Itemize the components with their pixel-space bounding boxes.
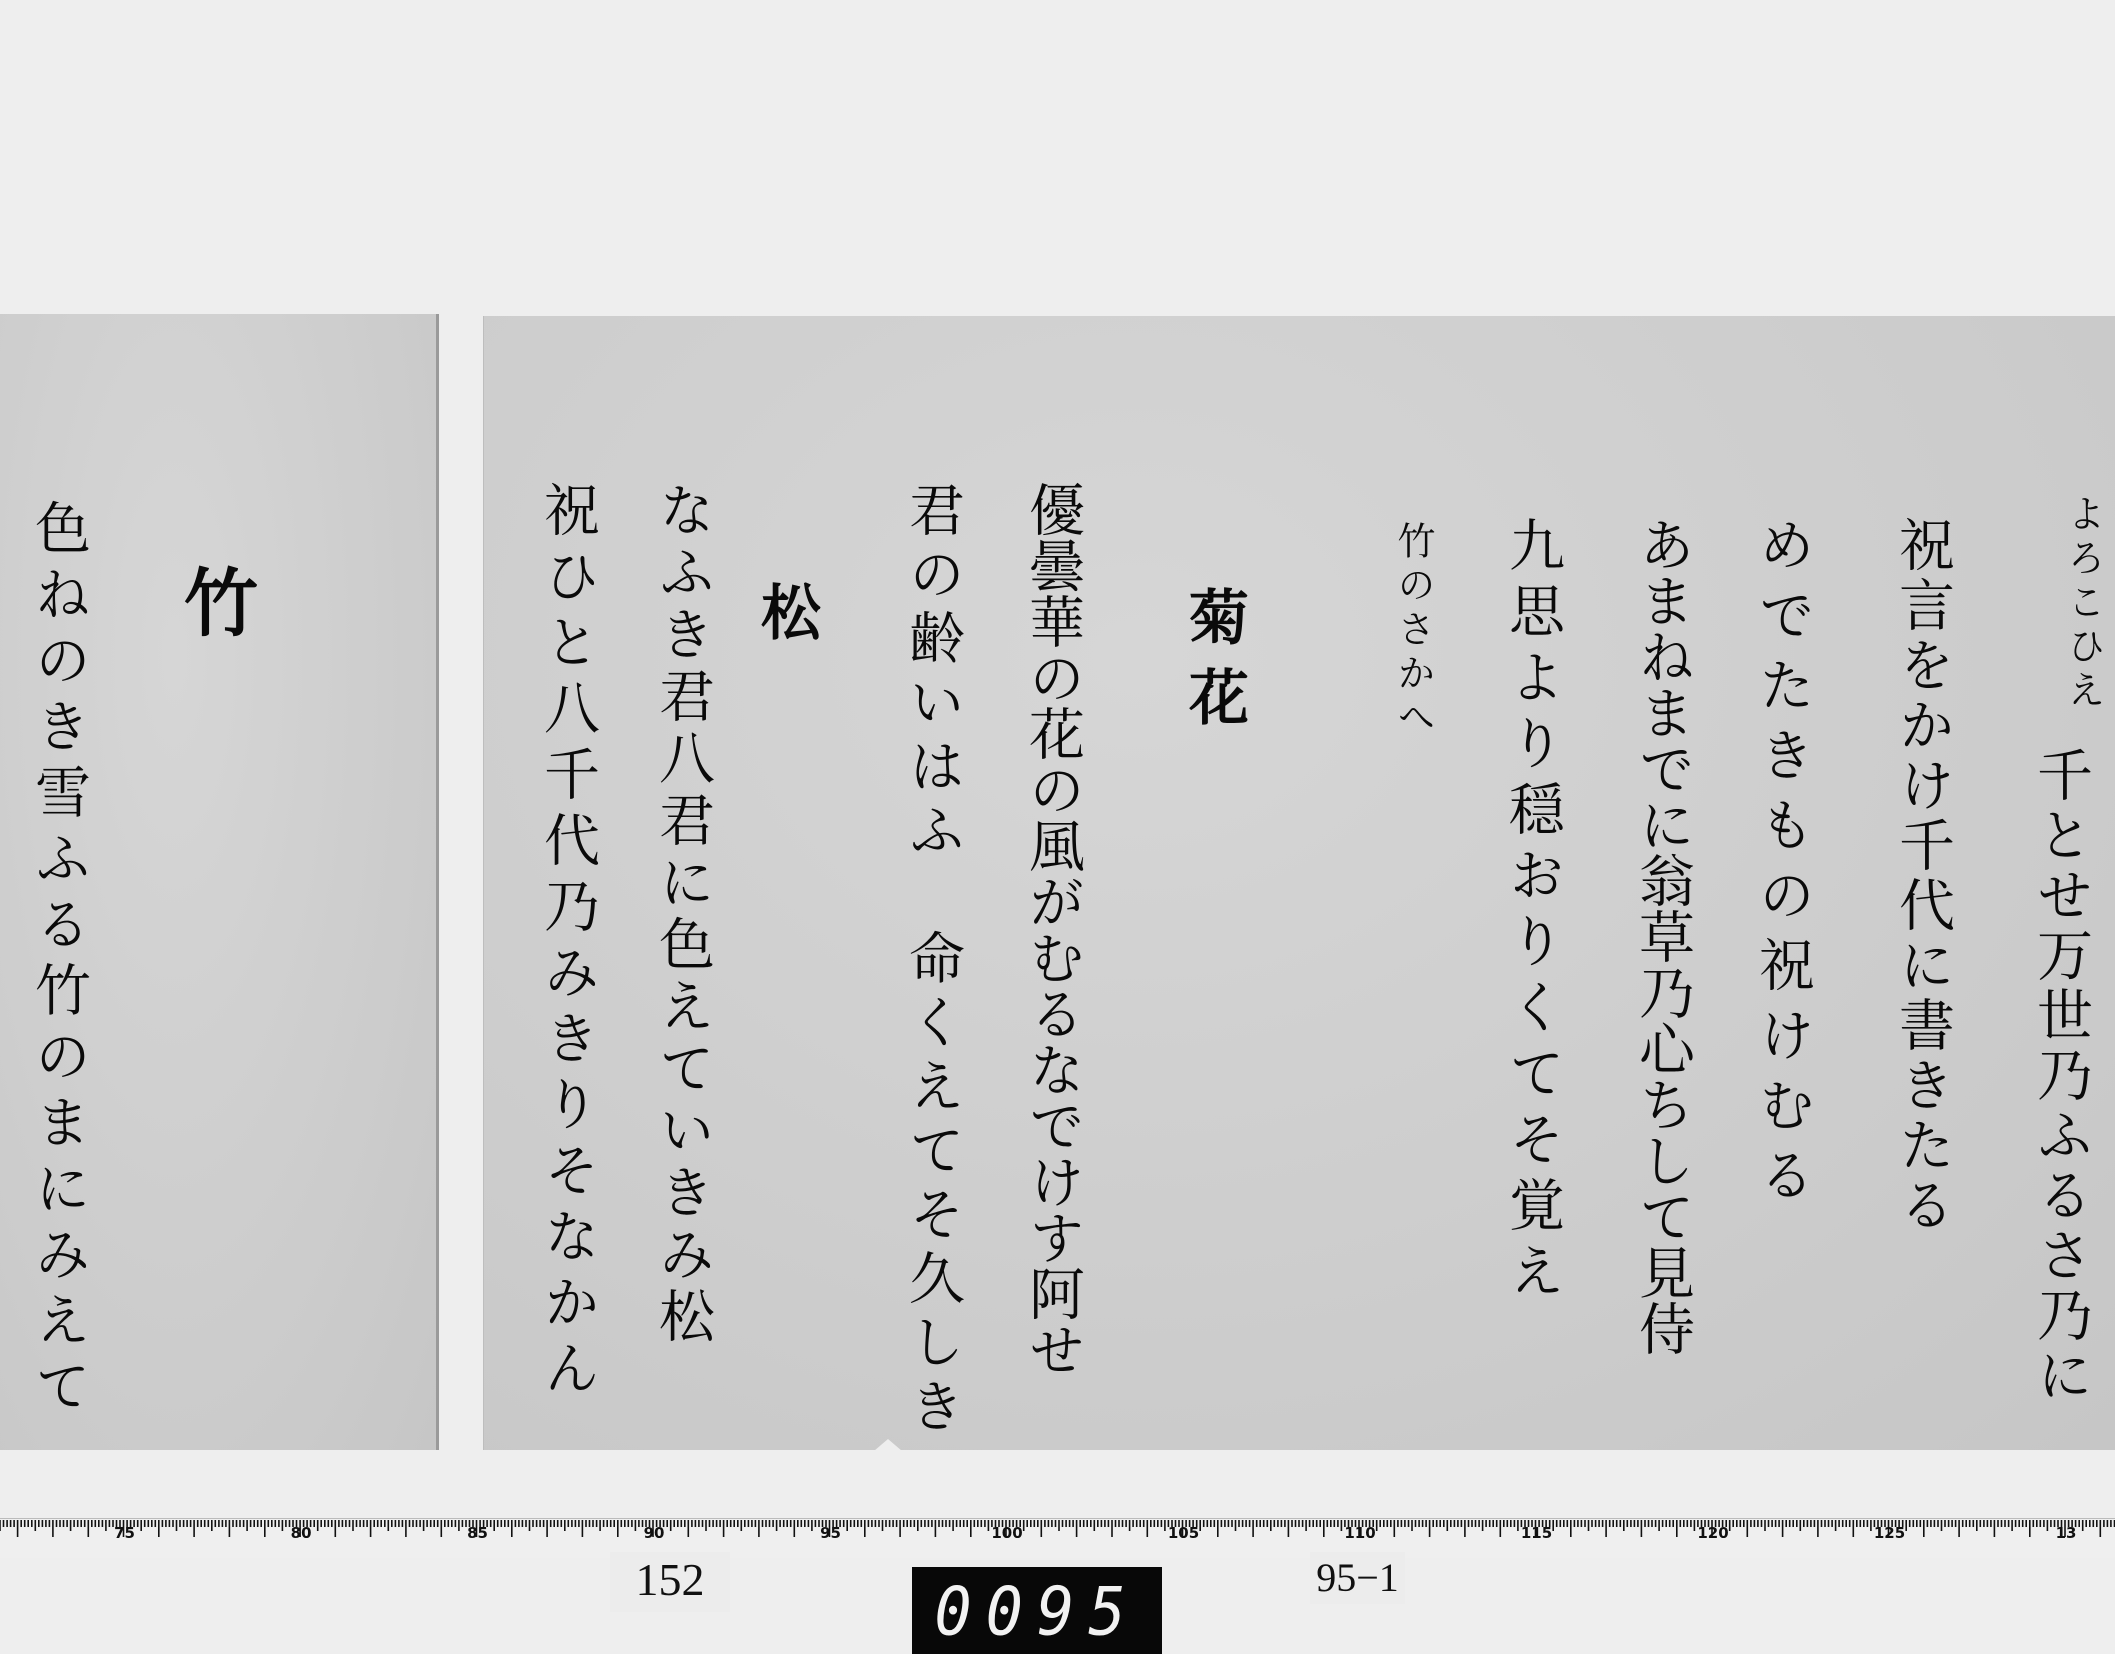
text-column: 色ねのき雪ふる竹のまにみえて [30, 499, 86, 1423]
svg-text:75: 75 [114, 1524, 135, 1542]
manuscript-sheet-left: 竹 色ねのき雪ふる竹のまにみえて [0, 314, 439, 1450]
text-column: よろこひえ [2064, 494, 2102, 714]
text-column: なふき君八君に色えていきみ松 [654, 481, 710, 1349]
heading-chrysanthemum: 菊花 [1184, 586, 1244, 746]
text-column: 竹のさかへ [1394, 521, 1432, 741]
text-column: めでたきもの祝けむる [1754, 516, 1810, 1216]
frame-counter: 0095 [912, 1567, 1162, 1654]
text-column: 千とせ万世乃ふるさ乃に [2032, 746, 2088, 1406]
heading-bamboo: 竹 [178, 564, 252, 644]
svg-text:105: 105 [1168, 1524, 1199, 1542]
sheet-number-label: 152 [610, 1552, 730, 1612]
measurement-ruler: 758085909510010511011512012513 [0, 1518, 2115, 1558]
text-column: あまねまでに翁草乃心ちして見侍 [1634, 516, 1690, 1356]
frame-counter-value: 0095 [912, 1563, 1162, 1654]
svg-text:95: 95 [820, 1524, 841, 1542]
svg-text:120: 120 [1697, 1524, 1728, 1542]
item-number-label: 95−1 [1310, 1552, 1405, 1604]
paper-tear-notch [874, 1439, 902, 1451]
text-column: 優曇華の花の風がむるなでけす阿せ [1024, 481, 1080, 1377]
text-column: 祝ひと八千代乃みきりそなかん [539, 481, 595, 1405]
svg-text:80: 80 [291, 1524, 312, 1542]
svg-text:115: 115 [1521, 1524, 1552, 1542]
text-column: 祝言をかけ千代に書きたる [1894, 516, 1950, 1236]
svg-text:13: 13 [2056, 1524, 2077, 1542]
svg-text:110: 110 [1344, 1524, 1375, 1542]
svg-text:90: 90 [644, 1524, 665, 1542]
manuscript-sheet-right: よろこひえ 千とせ万世乃ふるさ乃に 祝言をかけ千代に書きたる めでたきもの祝けむ… [483, 316, 2115, 1450]
svg-text:85: 85 [467, 1524, 488, 1542]
text-column: 君の齢いはふ 命くえてそ久しき [904, 481, 960, 1441]
heading-pine: 松 [756, 581, 816, 647]
text-column: 九思より穏おりくてそ覚え [1504, 516, 1560, 1308]
ruler-ticks: 758085909510010511011512012513 [0, 1518, 2115, 1558]
svg-text:100: 100 [991, 1524, 1022, 1542]
svg-text:125: 125 [1874, 1524, 1905, 1542]
